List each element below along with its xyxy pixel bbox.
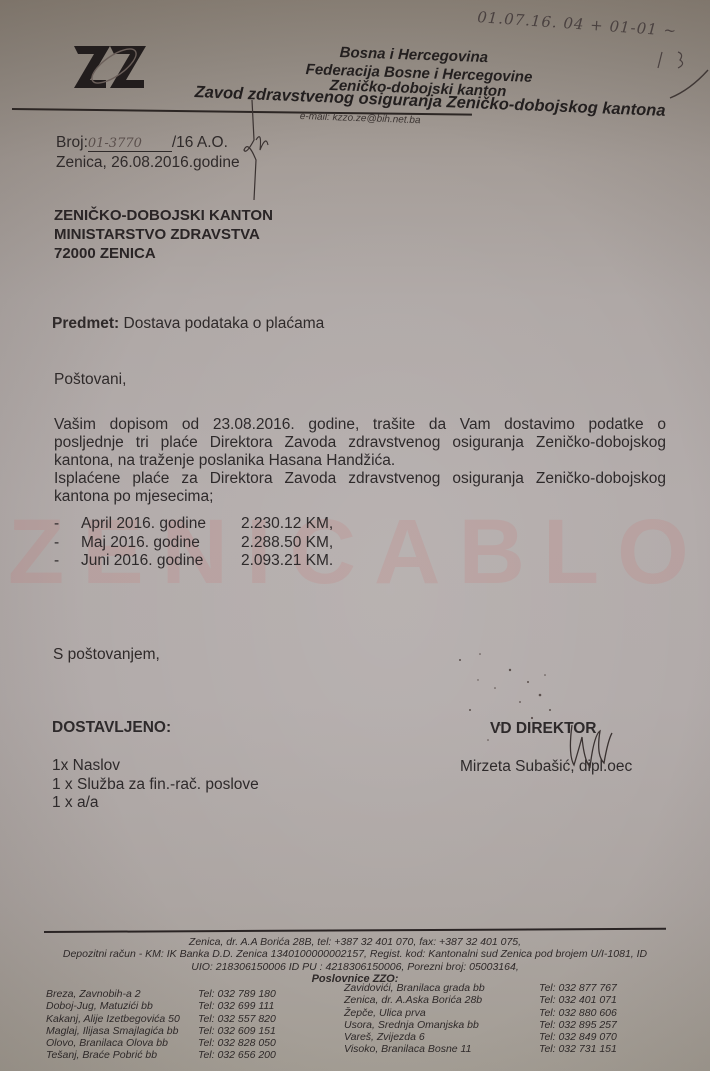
reference-handwritten-number: 01-3770 [88, 136, 172, 152]
branch-address: Usora, Srednja Omanjska bb [344, 1019, 539, 1031]
distribution-item: 1x Naslov [52, 757, 259, 776]
document-date: Zenica, 26.08.2016.godine [56, 154, 240, 172]
body-line: Vašim dopisom od 23.08.2016. godine, tra… [54, 416, 666, 434]
branch-address: Kakanj, Alije Izetbegovića 50 [46, 1013, 198, 1025]
subject-label: Predmet: [52, 315, 119, 332]
bullet: - [54, 534, 78, 553]
reference-label: Broj: [56, 134, 88, 151]
branch-address: Breza, Zavnobih-a 2 [46, 988, 198, 1000]
handwritten-note: 01.07.16. 04 + 01-01 ~ [477, 8, 678, 40]
branch-address: Žepče, Ulica prva [344, 1007, 539, 1019]
reference-number: Broj:01-3770/16 A.O. [56, 134, 228, 152]
branch-tel: Tel: 032 609 151 [198, 1025, 276, 1037]
branch-tel: Tel: 032 789 180 [198, 988, 276, 1000]
branch-tel: Tel: 032 849 070 [539, 1031, 617, 1043]
distribution-heading: DOSTAVLJENO: [52, 719, 171, 737]
reference-suffix: /16 A.O. [172, 134, 228, 151]
distribution-list: 1x Naslov 1 x Služba za fin.-rač. poslov… [52, 757, 259, 813]
branch-row: Visoko, Branilaca Bosne 11Tel: 032 731 1… [344, 1043, 617, 1055]
branch-row: Usora, Srednja Omanjska bbTel: 032 895 2… [344, 1019, 617, 1031]
initials-scribble-icon [236, 100, 270, 200]
subject-text: Dostava podataka o plaćama [124, 315, 325, 332]
body-line: posljednje tri plaće Direktora Zavoda zd… [54, 434, 666, 452]
handwritten-mark-icon [640, 40, 710, 100]
branch-tel: Tel: 032 895 257 [539, 1019, 617, 1031]
branch-row: Zenica, dr. A.Aska Borića 28bTel: 032 40… [344, 994, 617, 1006]
branch-row: Olovo, Branilaca Olova bbTel: 032 828 05… [46, 1037, 276, 1049]
branch-tel: Tel: 032 880 606 [539, 1007, 617, 1019]
footer-ids: UIO: 218306150006 ID PU : 4218306150006,… [20, 961, 690, 973]
signature-icon [560, 715, 630, 775]
branches-right: Zavidovići, Branilaca grada bbTel: 032 8… [344, 982, 617, 1056]
recipient-line: ZENIČKO-DOBOJSKI KANTON [54, 206, 273, 225]
bullet: - [54, 515, 78, 534]
branch-address: Olovo, Branilaca Olova bb [46, 1037, 198, 1049]
branch-address: Maglaj, Ilijasa Smajlagića bb [46, 1025, 198, 1037]
payment-month: Juni 2016. godine [78, 552, 241, 571]
stamp-residue-icon [400, 640, 580, 760]
zzo-logo-icon [72, 42, 148, 92]
distribution-item: 1 x Služba za fin.-rač. poslove [52, 776, 259, 795]
payment-amount: 2.230.12 KM, [241, 515, 333, 534]
branch-row: Zavidovići, Branilaca grada bbTel: 032 8… [344, 982, 617, 994]
body-line: kantona, na traženje poslanika Hasana Ha… [54, 452, 666, 470]
footer-address: Zenica, dr. A.A Borića 28B, tel: +387 32… [20, 936, 690, 948]
branch-row: Doboj-Jug, Matuzići bbTel: 032 699 111 [46, 1000, 276, 1012]
payment-row: - Maj 2016. godine 2.288.50 KM, [54, 534, 333, 553]
footer-divider [44, 928, 666, 933]
branch-address: Tešanj, Braće Pobrić bb [46, 1049, 198, 1061]
recipient-address: ZENIČKO-DOBOJSKI KANTON MINISTARSTVO ZDR… [54, 206, 273, 263]
salutation: Poštovani, [54, 371, 126, 389]
recipient-line: MINISTARSTVO ZDRAVSTVA [54, 225, 273, 244]
payment-list: - April 2016. godine 2.230.12 KM, - Maj … [54, 515, 333, 571]
body-line: kantona po mjesecima; [54, 488, 666, 506]
bullet: - [54, 552, 78, 571]
letter-body: Vašim dopisom od 23.08.2016. godine, tra… [54, 416, 666, 506]
branch-tel: Tel: 032 828 050 [198, 1037, 276, 1049]
branch-address: Zavidovići, Branilaca grada bb [344, 982, 539, 994]
payment-row: - April 2016. godine 2.230.12 KM, [54, 515, 333, 534]
branch-address: Doboj-Jug, Matuzići bb [46, 1000, 198, 1012]
branch-tel: Tel: 032 699 111 [198, 1000, 274, 1012]
subject-line: Predmet: Dostava podataka o plaćama [52, 315, 324, 333]
branch-row: Tešanj, Braće Pobrić bbTel: 032 656 200 [46, 1049, 276, 1061]
branch-tel: Tel: 032 656 200 [198, 1049, 276, 1061]
branch-row: Kakanj, Alije Izetbegovića 50Tel: 032 55… [46, 1013, 276, 1025]
branch-row: Breza, Zavnobih-a 2Tel: 032 789 180 [46, 988, 276, 1000]
distribution-item: 1 x a/a [52, 794, 259, 813]
branch-tel: Tel: 032 877 767 [539, 982, 617, 994]
payment-month: Maj 2016. godine [78, 534, 241, 553]
payment-amount: 2.288.50 KM, [241, 534, 333, 553]
branch-tel: Tel: 032 401 071 [539, 994, 617, 1006]
body-line: Isplaćene plaće za Direktora Zavoda zdra… [54, 470, 666, 488]
branches-left: Breza, Zavnobih-a 2Tel: 032 789 180 Dobo… [46, 988, 276, 1062]
payment-month: April 2016. godine [78, 515, 241, 534]
branch-row: Žepče, Ulica prvaTel: 032 880 606 [344, 1007, 617, 1019]
branch-address: Visoko, Branilaca Bosne 11 [344, 1043, 539, 1055]
payment-amount: 2.093.21 KM. [241, 552, 333, 571]
branch-row: Maglaj, Ilijasa Smajlagića bbTel: 032 60… [46, 1025, 276, 1037]
recipient-line: 72000 ZENICA [54, 244, 273, 263]
branch-address: Vareš, Zvijezda 6 [344, 1031, 539, 1043]
branch-tel: Tel: 032 731 151 [539, 1043, 617, 1055]
footer-bank: Depozitni račun - KM: IK Banka D.D. Zeni… [20, 948, 690, 960]
branch-address: Zenica, dr. A.Aska Borića 28b [344, 994, 539, 1006]
branch-tel: Tel: 032 557 820 [198, 1013, 276, 1025]
closing: S poštovanjem, [53, 646, 160, 664]
branch-row: Vareš, Zvijezda 6Tel: 032 849 070 [344, 1031, 617, 1043]
payment-row: - Juni 2016. godine 2.093.21 KM. [54, 552, 333, 571]
